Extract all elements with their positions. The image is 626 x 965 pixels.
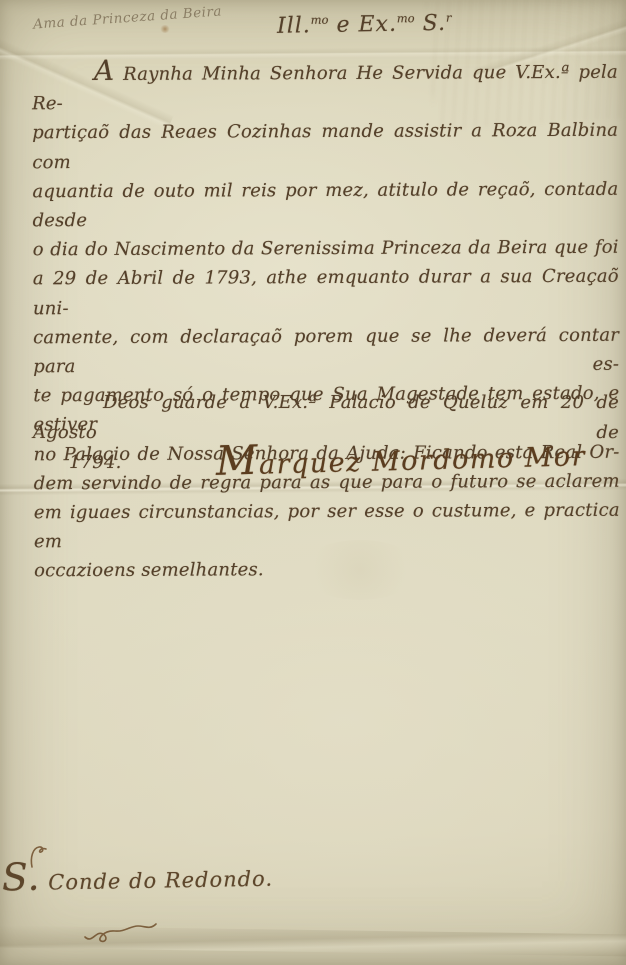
body-line: partiçaõ das Reaes Cozinhas mande assist… xyxy=(32,116,618,177)
salutation-part: S. xyxy=(414,11,446,37)
body-line: aquantia de outo mil reis por mez, atitu… xyxy=(32,175,618,236)
salutation-part: Ill. xyxy=(277,13,311,39)
body-line: em iguaes circunstancias, por ser esse o… xyxy=(34,496,620,557)
manuscript-page: Ama da Princeza da Beira Ill.mo e Ex.mo … xyxy=(0,0,626,965)
body-line: o dia do Nascimento da Serenissima Princ… xyxy=(33,233,619,265)
ink-stain xyxy=(160,25,170,33)
salutation-part: e Ex. xyxy=(328,12,397,38)
body-line: a 29 de Abril de 1793, athe emquanto dur… xyxy=(33,262,619,323)
archival-pencil-note: Ama da Princeza da Beira xyxy=(33,3,223,32)
addressee: S. Conde do Redondo. xyxy=(2,867,273,896)
body-line: occazioens semelhantes. xyxy=(34,554,620,586)
salutation-superscript: mo xyxy=(397,11,415,25)
salutation-superscript: r xyxy=(446,10,452,24)
salutation: Ill.mo e Ex.mo S.r xyxy=(277,10,452,38)
body-line: A Raynha Minha Senhora He Servida que V.… xyxy=(32,58,618,119)
letter-body: A Raynha Minha Senhora He Servida que V.… xyxy=(32,58,620,586)
flourish-mark-bottom xyxy=(82,918,160,948)
body-line: camente, com declaraçaõ porem que se lhe… xyxy=(33,321,619,382)
salutation-superscript: mo xyxy=(311,13,329,27)
closing-line: Deos guarde a V.Ex.ª Palacio de Queluz e… xyxy=(33,388,619,448)
